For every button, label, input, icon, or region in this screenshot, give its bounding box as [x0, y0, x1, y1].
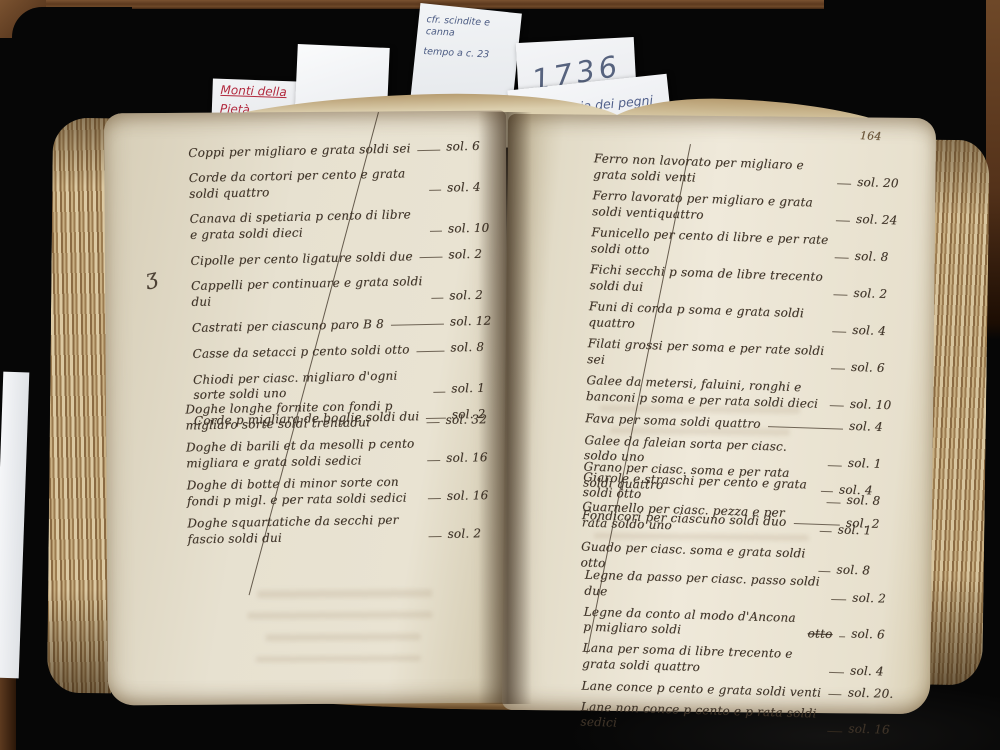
- dash-filler: [832, 331, 846, 332]
- entry-text: Ferro lavorato per migliaro e grata sold…: [592, 188, 830, 227]
- bleedthrough-text: [266, 633, 421, 641]
- dash-filler: [418, 149, 441, 150]
- ledger-entry: Corde da cortori per cento e grata soldi…: [189, 165, 492, 202]
- entry-amount: sol. 24: [856, 211, 900, 228]
- left-page-block-1: Coppi per migliaro e grata soldi sei sol…: [188, 139, 496, 440]
- ledger-entry: Lane non conce p cento e p rata soldi se…: [580, 699, 893, 739]
- entry-amount: sol. 4: [849, 419, 893, 436]
- ledger-entry: Filati grossi per soma e per rate soldi …: [587, 336, 896, 377]
- dash-filler: [430, 231, 442, 232]
- dash-filler: [433, 391, 445, 392]
- entry-text: Ferro non lavorato per migliaro e grata …: [593, 151, 831, 190]
- entry-text: Doghe di barili et da mesolli p cento mi…: [186, 436, 421, 471]
- tab-cfr-line2: tempo a c. 23: [423, 46, 517, 63]
- dash-filler: [839, 636, 845, 637]
- dash-filler: [829, 672, 844, 673]
- right-page-block-3: Legne da passo per ciasc. passo soldi du…: [580, 568, 897, 745]
- manuscript-page-right: 164 Ferro non lavorato per migliaro e gr…: [502, 114, 936, 714]
- entry-text: Doghe longhe fornite con fondi p migliar…: [185, 398, 420, 433]
- velvet-backdrop-step: [824, 0, 988, 12]
- entry-text: Funicello per cento di libre e per rate …: [591, 225, 829, 264]
- dash-filler: [429, 190, 441, 191]
- wood-table-corner-bottom-left: [0, 676, 16, 750]
- ledger-entry: Lane conce p cento e grata soldi venti s…: [581, 677, 893, 703]
- entry-amount: sol. 2: [853, 285, 897, 302]
- dash-filler: [830, 405, 844, 406]
- ledger-entry: Legne da conto al modo d'Ancona p miglia…: [583, 604, 896, 644]
- dash-filler: [836, 220, 850, 221]
- dash-filler: [420, 257, 443, 258]
- entry-text: Lane conce p cento e grata soldi venti: [581, 678, 821, 701]
- archival-photo: Monti della Pietà cfr. scindite e canna …: [0, 0, 1000, 750]
- folio-number: 164: [860, 129, 882, 143]
- ledger-entry: Doghe di barili et da mesolli p cento mi…: [186, 435, 490, 471]
- ledger-entry: Ferro lavorato per migliaro e grata sold…: [592, 188, 901, 229]
- dash-filler: [417, 350, 445, 352]
- entry-amount: sol. 8: [854, 248, 898, 265]
- entry-text: Canava di spetiaria p cento di libre e g…: [190, 207, 423, 243]
- dash-filler: [428, 498, 441, 499]
- entry-text: Filati grossi per soma e per rate soldi …: [587, 336, 825, 375]
- ledger-entry: Cappelli per continuare e grata soldi du…: [191, 273, 494, 310]
- entry-struck-word: otto: [807, 626, 832, 642]
- entry-text: Lana per soma di libre trecento e grata …: [582, 641, 823, 679]
- bleedthrough-text: [247, 611, 432, 619]
- entry-amount: sol. 6: [851, 359, 895, 376]
- dash-filler: [821, 491, 833, 492]
- entry-text: Cappelli per continuare e grata soldi du…: [191, 274, 424, 310]
- book-gutter-shadow: [478, 112, 532, 704]
- dash-filler: [828, 465, 842, 466]
- dash-filler: [831, 368, 845, 369]
- entry-text: Funi di corda p soma e grata soldi quatt…: [588, 299, 826, 338]
- ledger-entry: Ferro non lavorato per migliaro e grata …: [593, 151, 902, 192]
- left-page-block-2: Doghe longhe fornite con fondi p migliar…: [185, 397, 492, 554]
- entry-amount: sol. 4: [850, 663, 894, 680]
- manuscript-page-left: ʒ Coppi per migliaro e grata soldi sei s…: [104, 111, 510, 706]
- ledger-entry: Casse da setacci p cento soldi otto sol.…: [192, 340, 494, 363]
- entry-text: Casse da setacci p cento soldi otto: [192, 343, 409, 363]
- entry-amount: sol. 2: [852, 590, 896, 607]
- velvet-backdrop-corner: [12, 7, 132, 102]
- tab-cfr-line1: cfr. scindite e canna: [425, 14, 520, 43]
- dash-filler: [427, 422, 440, 423]
- ledger-entry: Coppi per migliaro e grata soldi sei sol…: [188, 139, 490, 162]
- white-card: [0, 372, 29, 679]
- ledger-entry: Funicello per cento di libre e per rate …: [591, 225, 900, 266]
- entry-text: Castrati per ciascuno paro B 8: [192, 317, 384, 337]
- ledger-entry: Funi di corda p soma e grata soldi quatt…: [588, 299, 897, 340]
- tab-monti-line1: Monti della: [220, 83, 296, 101]
- ledger-entry: Lana per soma di libre trecento e grata …: [582, 641, 895, 681]
- dash-filler: [835, 257, 849, 258]
- entry-text: Corde da cortori per cento e grata soldi…: [189, 166, 422, 202]
- dash-filler: [818, 571, 830, 572]
- entry-amount: sol. 4: [852, 322, 896, 339]
- entry-text: Doghe di botte di minor sorte con fondi …: [186, 474, 421, 509]
- dash-filler: [828, 730, 843, 731]
- entry-amount: sol. 16: [848, 722, 892, 739]
- entry-amount: sol. 10: [850, 396, 894, 413]
- dash-filler: [427, 460, 440, 461]
- dash-filler: [828, 694, 842, 695]
- entry-amount: sol. 6: [851, 627, 895, 644]
- ledger-entry: Doghe squartatiche da secchi per fascio …: [187, 511, 491, 547]
- dash-filler: [391, 324, 444, 326]
- bleedthrough-text: [256, 655, 421, 662]
- dash-filler: [837, 183, 851, 184]
- entry-amount: sol. 1: [837, 522, 881, 539]
- ledger-entry: Castrati per ciascuno paro B 8 sol. 12: [192, 314, 494, 337]
- ledger-entry: Doghe longhe fornite con fondi p migliar…: [185, 397, 489, 433]
- dash-filler: [431, 298, 443, 299]
- entry-text: Cipolle per cento ligature soldi due: [190, 249, 413, 269]
- ledger-entry: Fichi secchi p soma de libre trecento so…: [589, 262, 898, 303]
- marginal-mark: ʒ: [143, 264, 160, 290]
- dash-filler: [831, 599, 846, 600]
- entry-amount: sol. 20: [857, 174, 901, 191]
- entry-text: Lane non conce p cento e p rata soldi se…: [580, 699, 821, 737]
- dash-filler: [429, 536, 442, 537]
- entry-amount: sol. 20.: [848, 685, 894, 702]
- entry-text: Fichi secchi p soma de libre trecento so…: [589, 262, 827, 301]
- entry-text: Legne da conto al modo d'Ancona p miglia…: [583, 604, 805, 642]
- entry-amount: sol. 4: [839, 482, 883, 499]
- entry-text: Doghe squartatiche da secchi per fascio …: [187, 512, 422, 547]
- entry-text: Legne da passo per ciasc. passo soldi du…: [584, 568, 825, 606]
- ledger-entry: Doghe di botte di minor sorte con fondi …: [186, 473, 490, 509]
- ledger-entry: Canava di spetiaria p cento di libre e g…: [190, 206, 493, 243]
- dash-filler: [820, 531, 832, 532]
- dash-filler: [834, 294, 848, 295]
- entry-text: Coppi per migliaro e grata soldi sei: [188, 141, 411, 161]
- entry-text: Grano per ciasc. soma e per rata soldi q…: [583, 459, 815, 497]
- bleedthrough-text: [257, 589, 432, 598]
